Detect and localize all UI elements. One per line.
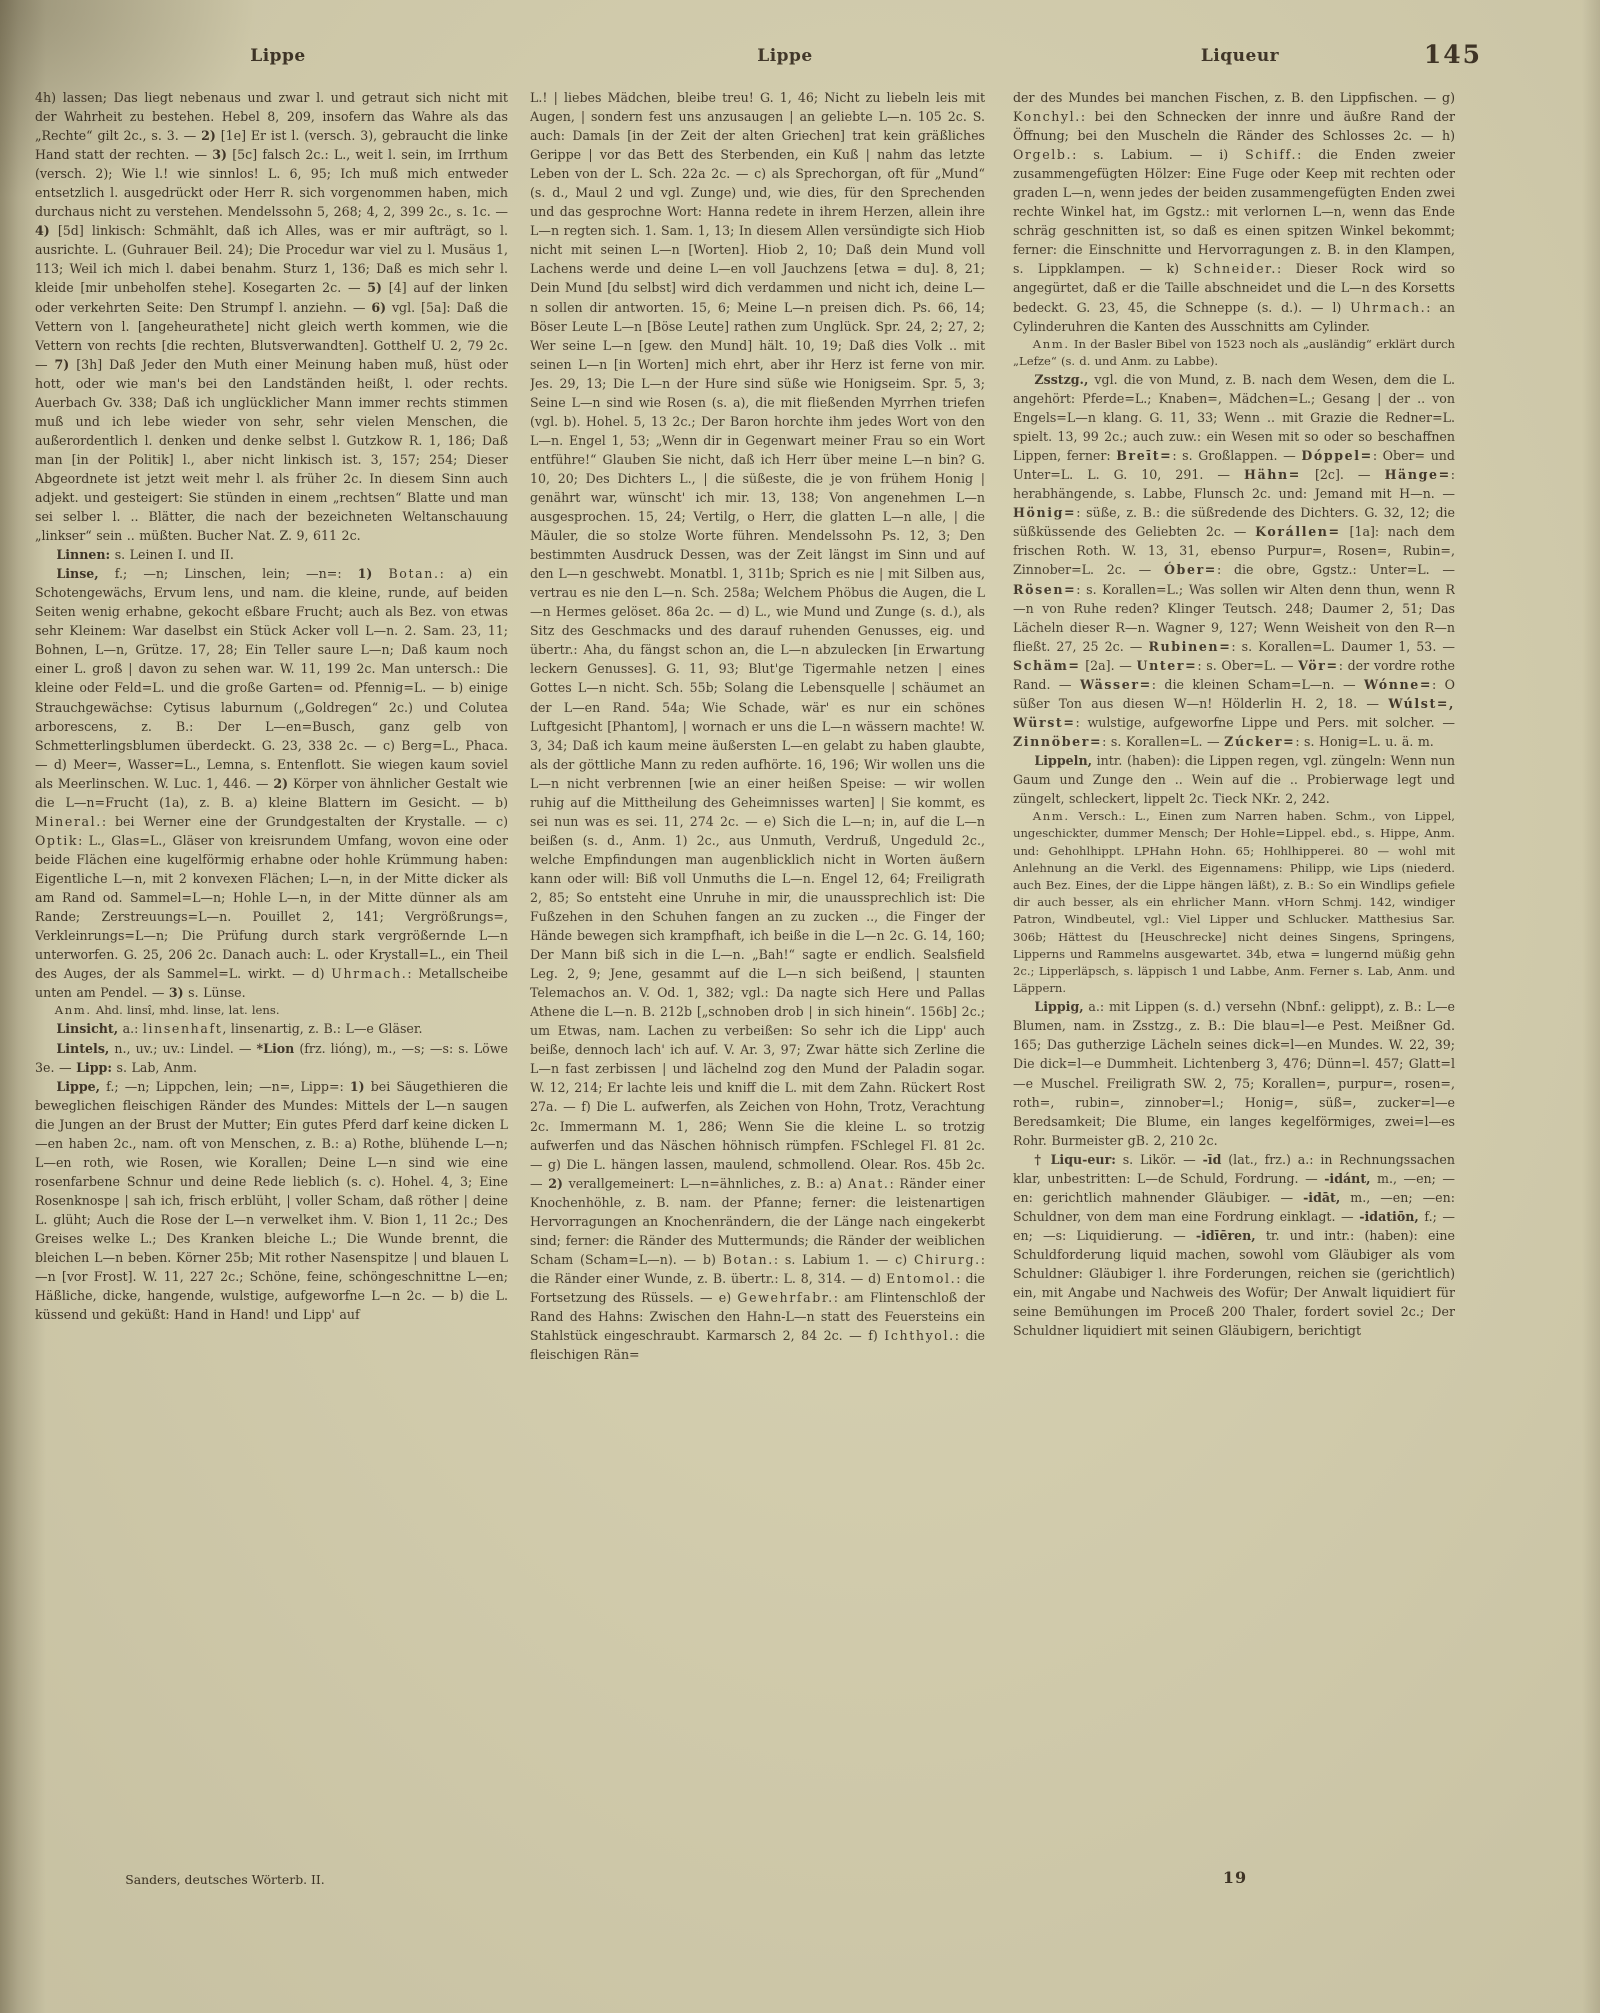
- body-text: Anm.: [1033, 337, 1070, 351]
- body-text: : s. Korallen=L. Daumer 1, 53. —: [1231, 639, 1455, 654]
- body-text: Mineral.: [35, 814, 102, 829]
- body-text: bei Säugethieren die beweglichen fleisch…: [35, 1079, 508, 1323]
- headword-text: 3): [169, 985, 184, 1000]
- running-head-col2: Lippe: [757, 46, 813, 66]
- headword-text: 6): [371, 300, 386, 315]
- headword-text: 7): [55, 357, 70, 372]
- headword-text: Rubinen=: [1148, 639, 1231, 654]
- entry-paragraph: Lippe, f.; —n; Lippchen, lein; —n=, Lipp…: [35, 1077, 508, 1325]
- entry-paragraph: Anm. Versch.: L., Einen zum Narren haben…: [1013, 808, 1455, 997]
- body-text: : die obre, Ggstz.: Unter=L. —: [1217, 562, 1455, 577]
- headword-text: Hänge=: [1385, 467, 1451, 482]
- headword-text: Lippeln,: [1034, 753, 1092, 768]
- entry-paragraph: L.! | liebes Mädchen, bleibe treu! G. 1,…: [530, 88, 985, 1364]
- body-text: [372, 566, 388, 581]
- headword-text: Vör=: [1298, 658, 1339, 673]
- headword-text: -idīēren,: [1196, 1228, 1256, 1243]
- body-text: Schneider.: [1193, 261, 1277, 276]
- body-text: a.: mit Lippen (s. d.) versehn (Nbnf.: g…: [1013, 999, 1455, 1147]
- headword-text: Linsicht,: [56, 1021, 118, 1036]
- headword-text: Wässer=: [1080, 677, 1152, 692]
- headword-text: Lintels,: [56, 1041, 109, 1056]
- running-head-col3: Liqueur: [1201, 46, 1279, 66]
- body-text: Orgelb.: [1013, 147, 1072, 162]
- entry-paragraph: Linnen: s. Leinen I. und II.: [35, 545, 508, 564]
- body-text: : die kleinen Scham=L—n. —: [1152, 677, 1364, 692]
- headword-text: 2): [273, 776, 288, 791]
- body-text: : s. Ober=L. —: [1197, 658, 1298, 673]
- column-1: 4h) lassen; Das liegt nebenaus und zwar …: [35, 88, 508, 1860]
- page-edge-shadow: [1582, 0, 1600, 2013]
- entry-paragraph: Linse, f.; —n; Linschen, lein; —n=: 1) B…: [35, 564, 508, 1002]
- body-text: In der Basler Bibel von 1523 noch als „a…: [1013, 337, 1455, 368]
- entry-paragraph: Lippeln, intr. (haben): die Lippen regen…: [1013, 751, 1455, 808]
- headword-text: -īd: [1203, 1152, 1222, 1167]
- headword-text: Óber=: [1164, 562, 1217, 577]
- headword-text: *Lion: [257, 1041, 295, 1056]
- body-text: : s. Großlappen. —: [1172, 448, 1301, 463]
- headword-text: 1): [350, 1079, 365, 1094]
- body-text: Uhrmach.: [1350, 300, 1426, 315]
- headword-text: Hähn=: [1244, 467, 1301, 482]
- body-text: Botan.: [388, 566, 439, 581]
- body-text: , linsenartig, z. B.: L—e Gläser.: [222, 1021, 422, 1036]
- body-text: n., uv.; uv.: Lindel. —: [109, 1041, 256, 1056]
- body-text: Anm.: [55, 1003, 92, 1017]
- headword-text: 1): [358, 566, 373, 581]
- body-text: Botan.: [723, 1252, 774, 1267]
- body-text: s. Lab, Anm.: [112, 1060, 197, 1075]
- body-text: [2a]. —: [1081, 658, 1137, 673]
- entry-paragraph: Zsstzg., vgl. die von Mund, z. B. nach d…: [1013, 370, 1455, 751]
- body-text: : die Enden zweier zusammengefügten Hölz…: [1013, 147, 1455, 276]
- body-text: : s. Labium 1. — c): [774, 1252, 914, 1267]
- headword-text: -idatiōn,: [1359, 1209, 1419, 1224]
- body-text: tr. und intr.: (haben): eine Schuldforde…: [1013, 1228, 1455, 1338]
- body-text: Entomol.: [886, 1271, 956, 1286]
- body-text: : s. Korallen=L. —: [1102, 734, 1224, 749]
- body-text: s. Lünse.: [184, 985, 246, 1000]
- body-text: : a) ein Schotengewächs, Ervum lens, und…: [35, 566, 508, 791]
- body-text: Schiff.: [1245, 147, 1297, 162]
- body-text: Anat.: [848, 1176, 890, 1191]
- body-text: : L., Glas=L., Gläser von kreisrundem Um…: [35, 833, 508, 981]
- headword-text: Linnen:: [56, 547, 110, 562]
- sheet-signature: 19: [1175, 1868, 1295, 1887]
- page-number: 145: [1424, 40, 1482, 69]
- headword-text: 2): [548, 1176, 563, 1191]
- headword-text: Lipp:: [76, 1060, 112, 1075]
- entry-paragraph: Anm. In der Basler Bibel von 1523 noch a…: [1013, 336, 1455, 370]
- body-text: Uhrmach.: [331, 966, 407, 981]
- headword-text: Unter=: [1137, 658, 1198, 673]
- body-text: der des Mundes bei manchen Fischen, z. B…: [1013, 90, 1455, 105]
- headword-text: -idánt,: [1324, 1171, 1370, 1186]
- column-2: L.! | liebes Mädchen, bleibe treu! G. 1,…: [530, 88, 985, 1860]
- headword-text: 5): [367, 280, 382, 295]
- scanned-dictionary-page: { "colors": { "paper": "#d5cfaf", "ink":…: [0, 0, 1600, 2013]
- headword-text: Zsstzg.,: [1034, 372, 1088, 387]
- headword-text: 4): [35, 223, 50, 238]
- headword-text: 3): [212, 147, 227, 162]
- headword-text: Korállen=: [1255, 524, 1341, 539]
- entry-paragraph: der des Mundes bei manchen Fischen, z. B…: [1013, 88, 1455, 336]
- body-text: Versch.: L., Einen zum Narren haben. Sch…: [1013, 809, 1455, 995]
- body-text: : s. Labium. — i): [1072, 147, 1245, 162]
- body-text: : s. Honig=L. u. ä. m.: [1295, 734, 1433, 749]
- headword-text: Lippig,: [1034, 999, 1083, 1014]
- headword-text: † Liqu-eur:: [1034, 1152, 1115, 1167]
- body-text: Ichthyol.: [884, 1328, 954, 1343]
- headword-text: Hönig=: [1013, 505, 1076, 520]
- running-head-col1: Lippe: [250, 46, 306, 66]
- body-text: Konchyl.: [1013, 109, 1081, 124]
- headword-text: Lippe,: [56, 1079, 100, 1094]
- entry-paragraph: † Liqu-eur: s. Likör. — -īd (lat., frz.)…: [1013, 1150, 1455, 1340]
- entry-paragraph: Anm. Ahd. linsî, mhd. linse, lat. lens.: [35, 1002, 508, 1019]
- headword-text: Wónne=: [1364, 677, 1432, 692]
- entry-paragraph: Lippig, a.: mit Lippen (s. d.) versehn (…: [1013, 997, 1455, 1149]
- headword-text: Breīt=: [1116, 448, 1172, 463]
- body-text: : bei Werner eine der Grundgestalten der…: [102, 814, 508, 829]
- body-text: f.; —n; Lippchen, lein; —n=, Lipp=:: [100, 1079, 350, 1094]
- body-text: L.! | liebes Mädchen, bleibe treu! G. 1,…: [530, 90, 985, 1191]
- body-text: linsenhaft: [143, 1021, 223, 1036]
- column-3: der des Mundes bei manchen Fischen, z. B…: [1013, 88, 1455, 1860]
- headword-text: Rösen=: [1013, 582, 1076, 597]
- headword-text: Schäm=: [1013, 658, 1081, 673]
- body-text: a.:: [118, 1021, 143, 1036]
- headword-text: Linse,: [56, 566, 98, 581]
- entry-paragraph: 4h) lassen; Das liegt nebenaus und zwar …: [35, 88, 508, 545]
- headword-text: Zinnöber=: [1013, 734, 1102, 749]
- body-text: s. Leinen I. und II.: [110, 547, 234, 562]
- body-text: : wulstige, aufgeworfne Lippe und Pers. …: [1075, 715, 1455, 730]
- entry-paragraph: Linsicht, a.: linsenhaft, linsenartig, z…: [35, 1019, 508, 1038]
- headword-text: -idāt,: [1303, 1190, 1340, 1205]
- running-head: Lippe Lippe Liqueur: [0, 46, 1600, 76]
- body-text: [3h] Daß Jeder den Muth einer Meinung ha…: [35, 357, 508, 543]
- body-text: verallgemeinert: L—n=ähnliches, z. B.: a…: [563, 1176, 848, 1191]
- entry-paragraph: Lintels, n., uv.; uv.: Lindel. — *Lion (…: [35, 1039, 508, 1077]
- volume-signature: Sanders, deutsches Wörterb. II.: [95, 1872, 355, 1887]
- body-text: s. Likör. —: [1116, 1152, 1203, 1167]
- headword-text: Dóppel=: [1301, 448, 1372, 463]
- body-text: Optik: [35, 833, 78, 848]
- body-text: Gewehrfabr.: [737, 1290, 833, 1305]
- headword-text: Zúcker=: [1224, 734, 1295, 749]
- body-text: f.; —n; Linschen, lein; —n=:: [99, 566, 358, 581]
- text-columns: 4h) lassen; Das liegt nebenaus und zwar …: [35, 88, 1458, 1860]
- body-text: Chirurg.: [914, 1252, 981, 1267]
- body-text: Anm.: [1033, 809, 1070, 823]
- body-text: Ahd. linsî, mhd. linse, lat. lens.: [92, 1003, 280, 1017]
- body-text: [2c]. —: [1301, 467, 1385, 482]
- headword-text: 2): [201, 128, 216, 143]
